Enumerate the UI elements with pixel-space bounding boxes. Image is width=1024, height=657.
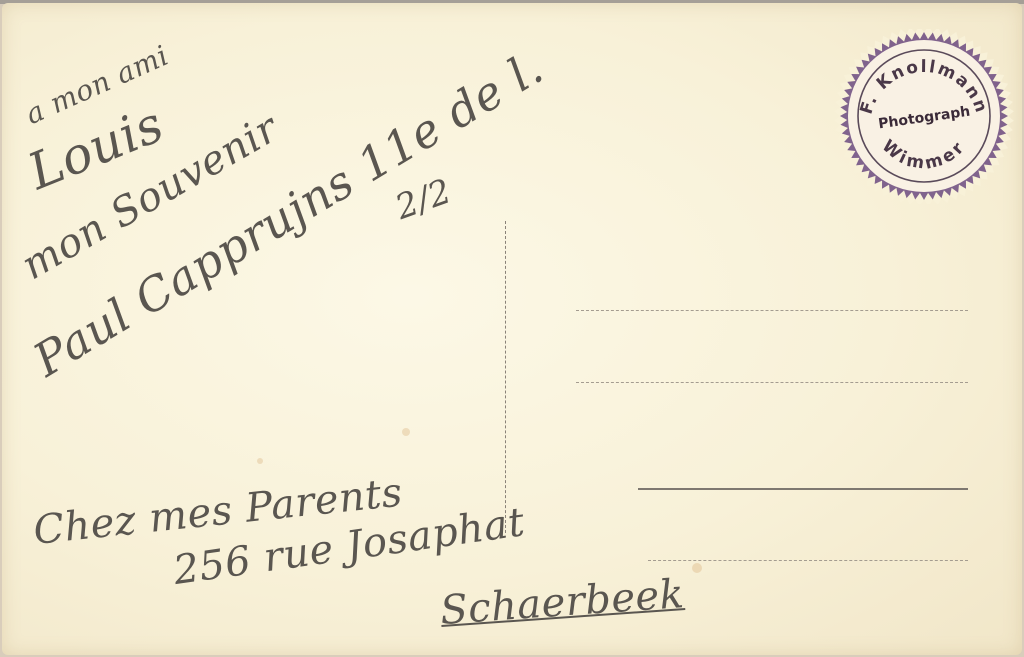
stain [692, 563, 702, 573]
photographer-stamp: F. Knollmann Photograph Wimmer [834, 29, 1014, 204]
address-line-2 [576, 382, 968, 383]
address-line-4 [648, 560, 968, 561]
address-line-1 [576, 310, 968, 311]
postcard-back: a mon ami Louis mon Souvenir Paul Cappru… [2, 3, 1022, 655]
address-line-3 [638, 488, 968, 490]
stain [402, 428, 410, 436]
stain [257, 458, 263, 464]
handwriting-page-number: 2/2 [390, 171, 457, 228]
postcard-divider [505, 221, 506, 533]
handwriting-address-line-3: Schaerbeek [439, 571, 686, 634]
